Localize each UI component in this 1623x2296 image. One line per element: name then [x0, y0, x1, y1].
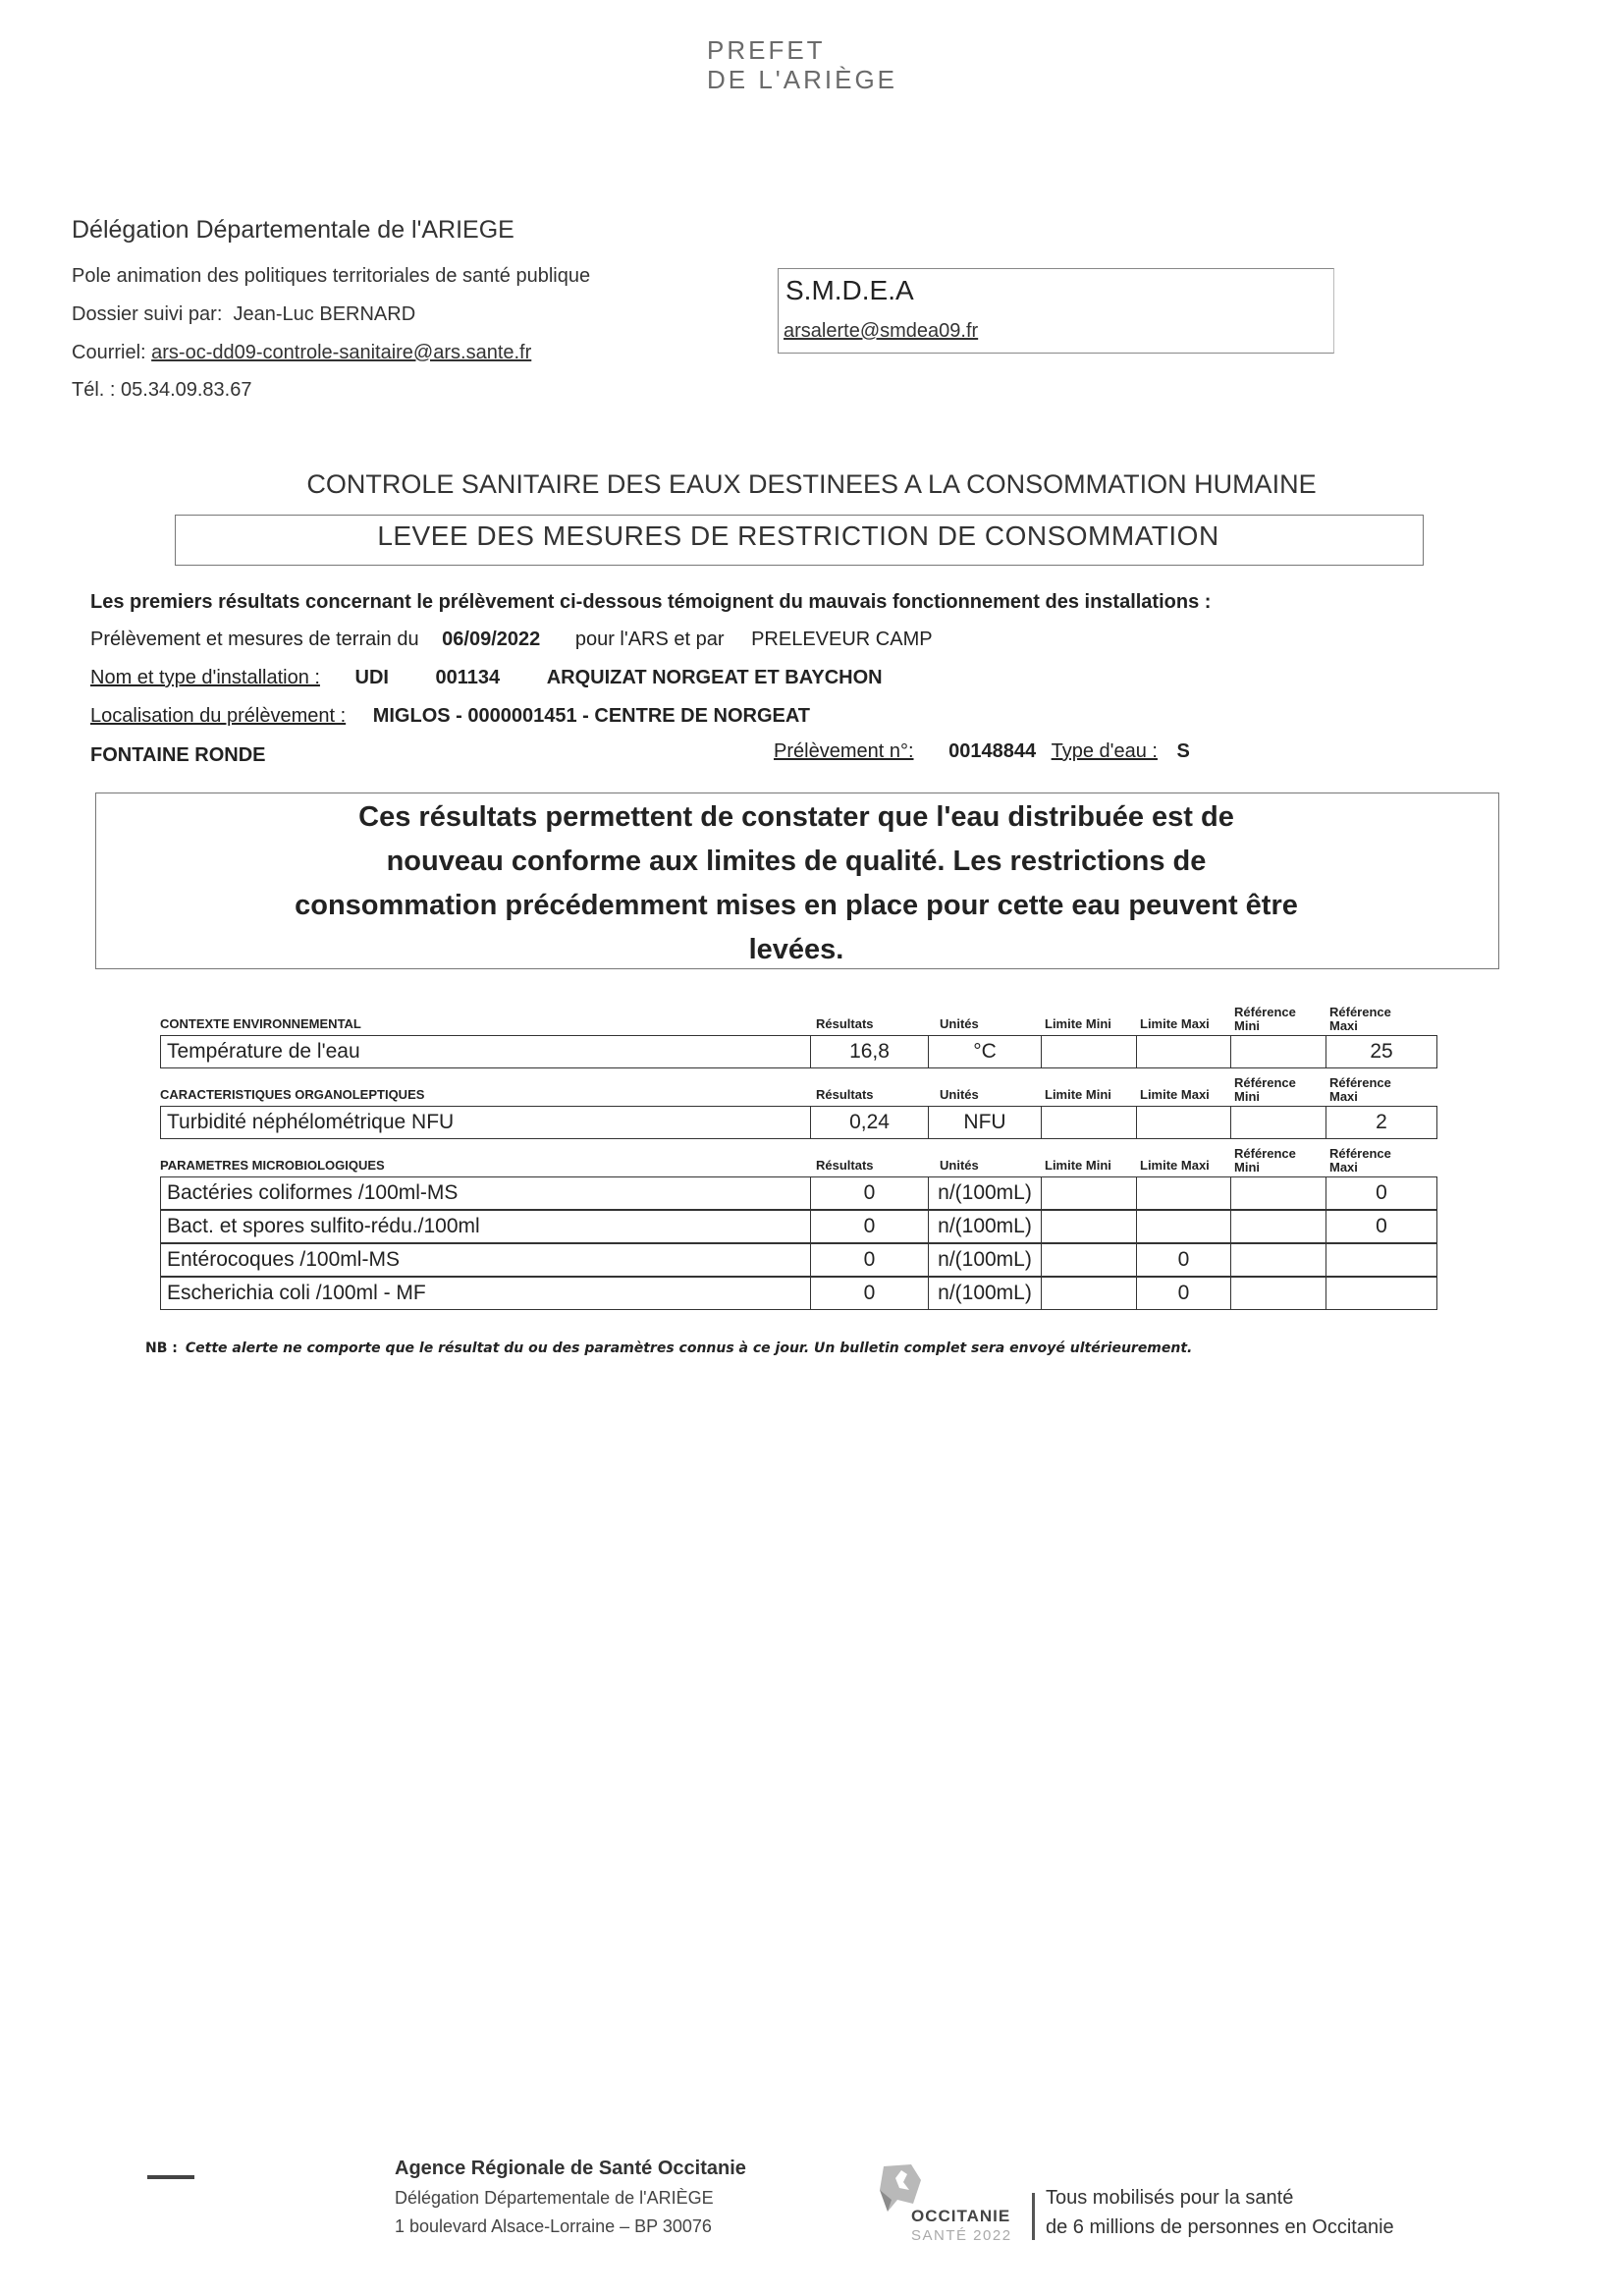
footer-slogan-2: de 6 millions de personnes en Occitanie	[1046, 2216, 1394, 2239]
col-resultats-header: Résultats	[816, 1016, 874, 1031]
cell-ref-min	[1230, 1106, 1326, 1139]
col-reference-mini-header: RéférenceMini	[1234, 1147, 1296, 1175]
type-eau-label: Type d'eau :	[1052, 740, 1158, 762]
cell-unite: NFU	[928, 1106, 1042, 1139]
footer-divider	[1032, 2193, 1035, 2240]
sender-title: Délégation Départementale de l'ARIEGE	[72, 216, 514, 245]
cell-param: Turbidité néphélométrique NFU	[160, 1106, 811, 1139]
cell-param: Bact. et spores sulfito-rédu./100ml	[160, 1210, 811, 1243]
section-title: PARAMETRES MICROBIOLOGIQUES	[160, 1158, 385, 1173]
col-reference-maxi-header: RéférenceMaxi	[1329, 1006, 1391, 1033]
cell-resultat: 0	[810, 1210, 929, 1243]
cell-lim-max	[1136, 1210, 1231, 1243]
cell-resultat: 16,8	[810, 1035, 929, 1068]
table-row: Température de l'eau16,8°C25	[160, 1035, 1436, 1068]
prelevement-no-label: Prélèvement n°:	[774, 740, 914, 762]
col-unites-header: Unités	[940, 1016, 979, 1031]
occitanie-year: SANTÉ 2022	[911, 2227, 1012, 2244]
cell-ref-min	[1230, 1210, 1326, 1243]
section-title: CONTEXTE ENVIRONNEMENTAL	[160, 1016, 361, 1031]
recipient-email-link[interactable]: arsalerte@smdea09.fr	[784, 320, 978, 343]
cell-ref-max: 0	[1325, 1210, 1437, 1243]
table-row: Bactéries coliformes /100ml-MS0n/(100mL)…	[160, 1176, 1436, 1210]
notice-line: levées.	[95, 928, 1497, 972]
prelevement-date: 06/09/2022	[442, 629, 540, 650]
type-eau-value: S	[1177, 740, 1190, 762]
cell-unite: n/(100mL)	[928, 1243, 1042, 1277]
occitanie-wordmark: OCCITANIE	[911, 2207, 1010, 2226]
dossier-name: Jean-Luc BERNARD	[234, 303, 416, 325]
prelevement-number-line: Prélèvement n°: 00148844 Type d'eau : S	[774, 740, 1190, 763]
cell-lim-min	[1041, 1243, 1137, 1277]
section-header: CONTEXTE ENVIRONNEMENTALRésultatsUnitésL…	[160, 1000, 1436, 1035]
notice-text: Ces résultats permettent de constater qu…	[95, 795, 1497, 972]
table-row: Turbidité néphélométrique NFU0,24NFU2	[160, 1106, 1436, 1139]
footer-dash	[147, 2175, 194, 2179]
col-limite-mini-header: Limite Mini	[1045, 1158, 1111, 1173]
table-row: Escherichia coli /100ml - MF0n/(100mL)0	[160, 1277, 1436, 1310]
cell-param: Bactéries coliformes /100ml-MS	[160, 1176, 811, 1210]
col-resultats-header: Résultats	[816, 1087, 874, 1102]
document-title: CONTROLE SANITAIRE DES EAUX DESTINEES A …	[0, 469, 1623, 500]
cell-resultat: 0	[810, 1277, 929, 1310]
cell-lim-min	[1041, 1210, 1137, 1243]
localisation-line: Localisation du prélèvement : MIGLOS - 0…	[90, 705, 810, 728]
section-title: CARACTERISTIQUES ORGANOLEPTIQUES	[160, 1087, 424, 1102]
cell-ref-min	[1230, 1277, 1326, 1310]
cell-ref-max	[1325, 1277, 1437, 1310]
cell-param: Entérocoques /100ml-MS	[160, 1243, 811, 1277]
sender-pole: Pole animation des politiques territoria…	[72, 265, 590, 288]
col-reference-mini-header: RéférenceMini	[1234, 1006, 1296, 1033]
cell-lim-min	[1041, 1035, 1137, 1068]
cell-resultat: 0,24	[810, 1106, 929, 1139]
cell-lim-min	[1041, 1176, 1137, 1210]
col-reference-mini-header: RéférenceMini	[1234, 1076, 1296, 1104]
cell-lim-max	[1136, 1035, 1231, 1068]
cell-ref-max: 0	[1325, 1176, 1437, 1210]
col-unites-header: Unités	[940, 1087, 979, 1102]
cell-ref-min	[1230, 1035, 1326, 1068]
cell-lim-max: 0	[1136, 1243, 1231, 1277]
tel-label: Tél. :	[72, 379, 115, 401]
col-limite-mini-header: Limite Mini	[1045, 1087, 1111, 1102]
prefet-line-2: DE L'ARIÈGE	[707, 65, 897, 94]
col-reference-maxi-header: RéférenceMaxi	[1329, 1147, 1391, 1175]
localisation-label: Localisation du prélèvement :	[90, 705, 346, 727]
cell-param: Escherichia coli /100ml - MF	[160, 1277, 811, 1310]
footer-slogan-1: Tous mobilisés pour la santé	[1046, 2187, 1293, 2210]
notice-line: Ces résultats permettent de constater qu…	[95, 795, 1497, 840]
notice-line: consommation précédemment mises en place…	[95, 884, 1497, 928]
footer-delegation: Délégation Départementale de l'ARIÈGE	[395, 2188, 714, 2209]
prefet-letterhead: PREFET DE L'ARIÈGE	[707, 35, 897, 94]
footer-address: 1 boulevard Alsace-Lorraine – BP 30076	[395, 2216, 712, 2237]
cell-lim-max: 0	[1136, 1277, 1231, 1310]
installation-label: Nom et type d'installation :	[90, 667, 320, 688]
recipient-name: S.M.D.E.A	[785, 275, 914, 306]
col-reference-maxi-header: RéférenceMaxi	[1329, 1076, 1391, 1104]
cell-unite: n/(100mL)	[928, 1210, 1042, 1243]
cell-resultat: 0	[810, 1243, 929, 1277]
cell-ref-min	[1230, 1243, 1326, 1277]
installation-type: UDI	[355, 667, 389, 688]
cell-unite: n/(100mL)	[928, 1277, 1042, 1310]
intro-sentence: Les premiers résultats concernant le pré…	[90, 591, 1211, 614]
table-row: Bact. et spores sulfito-rédu./100ml0n/(1…	[160, 1210, 1436, 1243]
courriel-label: Courriel:	[72, 342, 146, 363]
table-row: Entérocoques /100ml-MS0n/(100mL)0	[160, 1243, 1436, 1277]
cell-ref-max	[1325, 1243, 1437, 1277]
cell-lim-max	[1136, 1176, 1231, 1210]
tel-value: 05.34.09.83.67	[121, 379, 251, 401]
preleveur-name: PRELEVEUR CAMP	[751, 629, 933, 650]
nb-note: NB :Cette alerte ne comporte que le résu…	[145, 1340, 1192, 1356]
installation-line: Nom et type d'installation : UDI 001134 …	[90, 667, 883, 689]
sender-dossier: Dossier suivi par: Jean-Luc BERNARD	[72, 303, 415, 326]
sender-tel: Tél. : 05.34.09.83.67	[72, 379, 251, 402]
prefet-line-1: PREFET	[707, 35, 897, 65]
prelevement-label: Prélèvement et mesures de terrain du	[90, 629, 419, 650]
nb-label: NB :	[145, 1340, 178, 1356]
dossier-label: Dossier suivi par:	[72, 303, 222, 325]
installation-code: 001134	[436, 667, 501, 688]
col-resultats-header: Résultats	[816, 1158, 874, 1173]
section-header: CARACTERISTIQUES ORGANOLEPTIQUESRésultat…	[160, 1070, 1436, 1106]
prelevement-no-value: 00148844	[948, 740, 1036, 762]
footer-agency: Agence Régionale de Santé Occitanie	[395, 2158, 746, 2180]
localisation-value: MIGLOS - 0000001451 - CENTRE DE NORGEAT	[373, 705, 810, 727]
notice-line: nouveau conforme aux limites de qualité.…	[95, 840, 1497, 884]
document-subtitle: LEVEE DES MESURES DE RESTRICTION DE CONS…	[175, 520, 1422, 552]
cell-unite: °C	[928, 1035, 1042, 1068]
col-limite-maxi-header: Limite Maxi	[1140, 1158, 1210, 1173]
cell-ref-min	[1230, 1176, 1326, 1210]
cell-lim-min	[1041, 1106, 1137, 1139]
sender-courriel: Courriel: ars-oc-dd09-controle-sanitaire…	[72, 342, 531, 364]
col-limite-maxi-header: Limite Maxi	[1140, 1016, 1210, 1031]
cell-ref-max: 25	[1325, 1035, 1437, 1068]
col-limite-mini-header: Limite Mini	[1045, 1016, 1111, 1031]
cell-ref-max: 2	[1325, 1106, 1437, 1139]
courriel-link[interactable]: ars-oc-dd09-controle-sanitaire@ars.sante…	[151, 342, 531, 363]
cell-unite: n/(100mL)	[928, 1176, 1042, 1210]
pour-label: pour l'ARS et par	[575, 629, 725, 650]
cell-resultat: 0	[810, 1176, 929, 1210]
section-header: PARAMETRES MICROBIOLOGIQUESRésultatsUnit…	[160, 1141, 1436, 1176]
col-limite-maxi-header: Limite Maxi	[1140, 1087, 1210, 1102]
col-unites-header: Unités	[940, 1158, 979, 1173]
cell-lim-min	[1041, 1277, 1137, 1310]
cell-lim-max	[1136, 1106, 1231, 1139]
cell-param: Température de l'eau	[160, 1035, 811, 1068]
localisation-continued: FONTAINE RONDE	[90, 744, 266, 767]
installation-name: ARQUIZAT NORGEAT ET BAYCHON	[547, 667, 883, 688]
nb-text: Cette alerte ne comporte que le résultat…	[186, 1340, 1193, 1356]
prelevement-line: Prélèvement et mesures de terrain du 06/…	[90, 629, 933, 651]
